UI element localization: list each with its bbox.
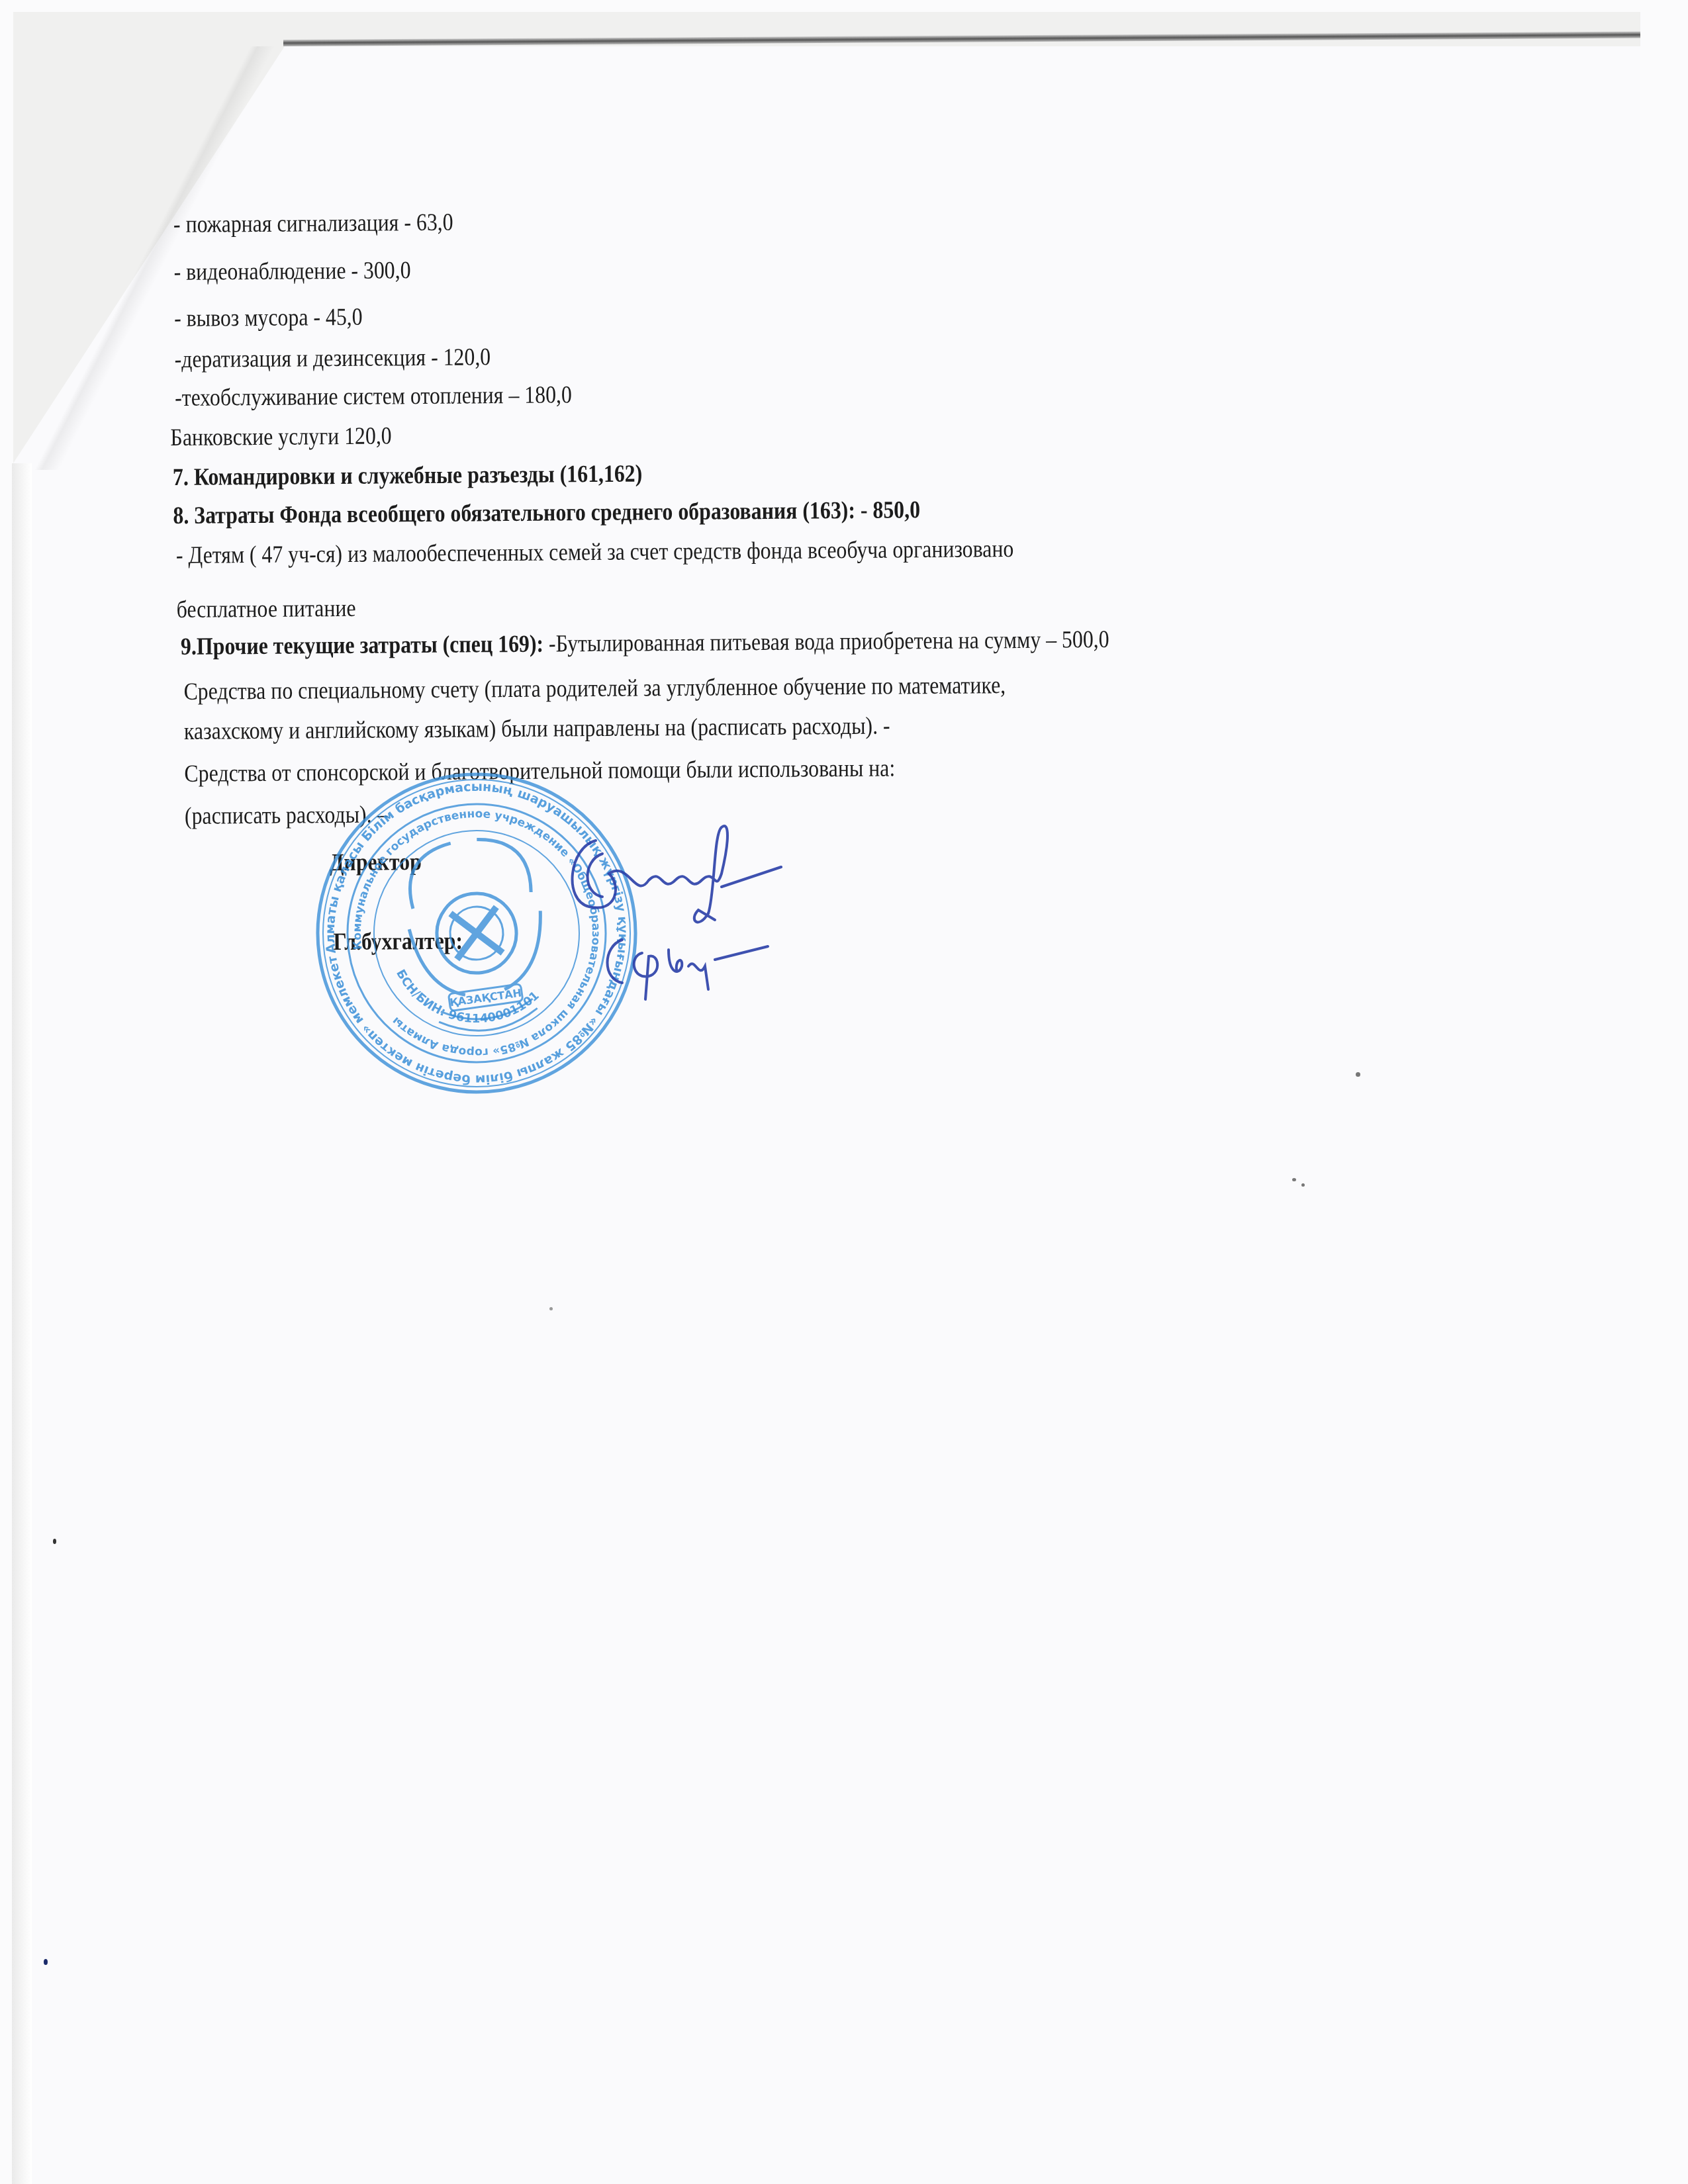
special-account-line: Средства по специальному счету (плата ро…: [183, 671, 1006, 707]
expense-line-bank-services: Банковские услуги 120,0: [170, 422, 391, 453]
special-account-line-cont: казахскому и английскому языкам) были на…: [184, 712, 890, 747]
expense-line-video-surveillance: - видеонаблюдение - 300,0: [173, 256, 410, 287]
section-8-detail-cont: бесплатное питание: [176, 594, 355, 625]
expense-line-heating-maintenance: -техобслуживание систем отопления – 180,…: [175, 381, 572, 413]
section-9-line: 9.Прочие текущие затраты (спец 169): -Бу…: [181, 625, 1109, 662]
scan-speck: [1301, 1183, 1305, 1187]
section-9-detail: -Бутылированная питьевая вода приобретен…: [549, 626, 1109, 658]
expense-line-fire-alarm: - пожарная сигнализация - 63,0: [173, 208, 453, 240]
scan-speck: [53, 1539, 56, 1544]
document-body: - пожарная сигнализация - 63,0 - видеона…: [0, 0, 1688, 2184]
section-9-heading: 9.Прочие текущие затраты (спец 169):: [181, 631, 549, 660]
scan-speck: [1292, 1178, 1296, 1181]
scan-speck: [44, 1959, 48, 1965]
section-7-heading: 7. Командировки и служебные разъезды (16…: [173, 459, 643, 492]
section-8-detail: - Детям ( 47 уч-ся) из малообеспеченных …: [176, 535, 1014, 570]
accountant-signature: [596, 920, 781, 1006]
scan-speck: [549, 1307, 553, 1310]
expense-line-pest-control: -дератизация и дезинсекция - 120,0: [174, 343, 491, 375]
section-8-heading: 8. Затраты Фонда всеобщего обязательного…: [173, 496, 920, 531]
scan-speck: [1356, 1072, 1360, 1077]
expense-line-garbage-removal: - вывоз мусора - 45,0: [174, 303, 363, 334]
